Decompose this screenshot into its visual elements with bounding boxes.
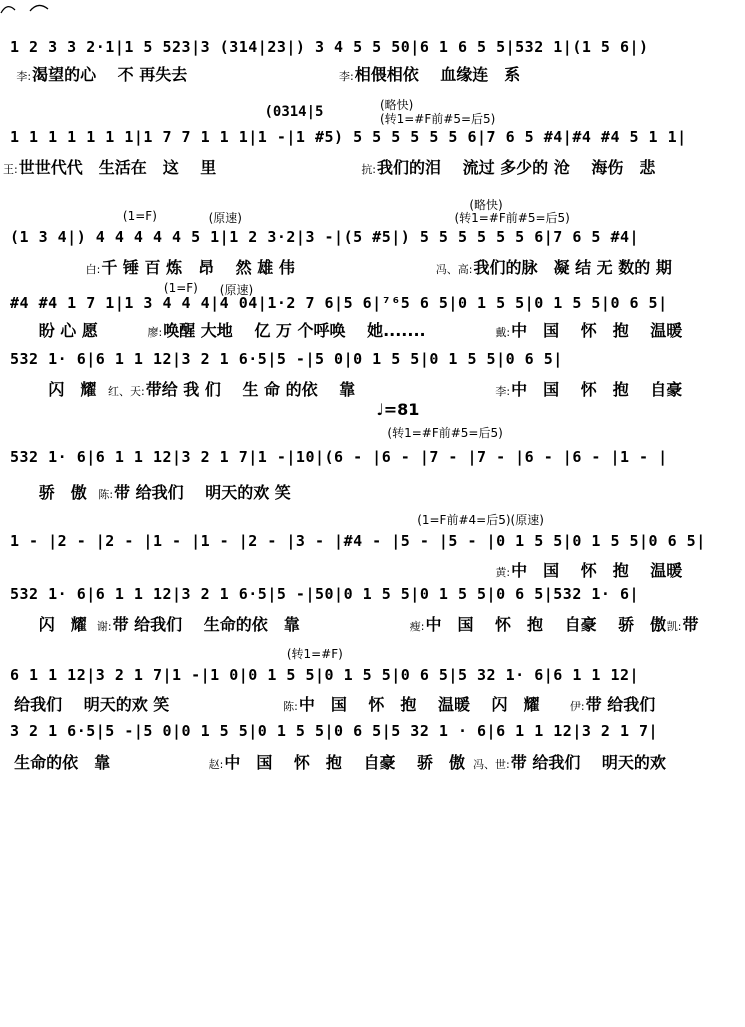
singer-label: 廖: — [148, 326, 163, 339]
lyric-text: 唤醒 大地 亿 万 个呼唤 她....... — [163, 321, 425, 340]
notes-line: 3 2 1 6·5|5 -|5 0|0 1 5 5|0 1 5 5|0 6 5|… — [10, 722, 658, 740]
notes-line: 532 1· 6|6 1 1 12|3 2 1 6·5|5 -|50|0 1 5… — [10, 585, 639, 603]
notes-line: 1 2 3 3 2·1|1 5 523|3 (314|23|) 3 4 5 5 … — [10, 38, 649, 56]
notes-line: #4 #4 1 7 1|1 3 4 4 4|4 04|1·2 7 6|5 6|⁷… — [10, 294, 668, 312]
singer-label: 白: — [86, 263, 101, 276]
lyrics-line: 李:渴望的心 不 再失去李:相偎相依 血缘连 系 — [0, 62, 745, 84]
lyric-segment: 闪 耀 — [39, 612, 87, 635]
singer-label: 李: — [16, 70, 31, 83]
lyric-text: 带 给我们 明天的欢 — [511, 753, 666, 772]
singer-label: 抗: — [361, 163, 376, 176]
key-change-annotation: (转1=#F前#5=后5) — [454, 209, 569, 226]
lyrics-line: 盼 心 愿廖:唤醒 大地 亿 万 个呼唤 她.......戴:中 国 怀 抱 温… — [0, 318, 745, 340]
lyric-segment: 陈:带 给我们 明天的欢 笑 — [98, 480, 290, 503]
lyric-segment: 伊:带 给我们 — [570, 692, 655, 715]
singer-label: 戴: — [495, 326, 510, 339]
lyric-text: 相偎相依 血缘连 系 — [355, 65, 521, 84]
lyric-segment: 赵:中 国 怀 抱 自豪 骄 傲 — [209, 750, 465, 773]
lyric-text: 带 给我们 明天的欢 笑 — [114, 483, 291, 502]
lyrics-line: 黄:中 国 怀 抱 温暖 — [0, 558, 745, 580]
lyric-segment: 冯、世:带 给我们 明天的欢 — [473, 750, 666, 773]
tempo-marking: ♩=81 — [376, 400, 419, 419]
lyric-text: 渴望的心 不 再失去 — [32, 65, 187, 84]
singer-label: 李: — [495, 385, 510, 398]
lyric-text: 闪 耀 — [39, 615, 87, 634]
key-change-annotation: (1=F) — [164, 281, 198, 295]
singer-label: 黄: — [495, 566, 510, 579]
singer-label: 李: — [339, 70, 354, 83]
lyric-segment: 生命的依 靠 — [14, 750, 110, 773]
key-change-annotation: (转1=#F前#5=后5) — [380, 110, 495, 127]
lyrics-line: 白:千 锤 百 炼 昂 然 雄 伟冯、高:我们的脉 凝 结 无 数的 期 — [0, 255, 745, 277]
lyric-text: 闪 耀 — [48, 380, 96, 399]
lyric-text: 中 国 怀 抱 温暖 — [511, 561, 682, 580]
lyric-segment: 廖:唤醒 大地 亿 万 个呼唤 她....... — [148, 318, 426, 341]
lyric-text: 给我们 明天的欢 笑 — [14, 695, 169, 714]
lyric-text: 中 国 怀 抱 温暖 — [511, 321, 682, 340]
singer-label: 凯: — [667, 620, 682, 633]
singer-label: 陈: — [98, 488, 113, 501]
pickup-notes: (0314|5 — [264, 104, 323, 120]
key-change-annotation: (转1=#F) — [287, 645, 343, 662]
lyrics-line: 骄 傲陈:带 给我们 明天的欢 笑 — [0, 480, 745, 502]
lyric-text: 中 国 怀 抱 自豪 骄 傲 — [425, 615, 666, 634]
singer-label: 赵: — [209, 758, 224, 771]
lyric-text: 我们的泪 流过 多少的 沧 海伤 悲 — [377, 158, 655, 177]
lyric-segment: 李:相偎相依 血缘连 系 — [339, 62, 520, 85]
slur-fragment-marks — [0, 0, 60, 16]
lyric-segment: 冯、高:我们的脉 凝 结 无 数的 期 — [436, 255, 672, 278]
lyric-text: 中 国 怀 抱 自豪 — [511, 380, 682, 399]
lyric-text: 骄 傲 — [39, 483, 87, 502]
lyric-text: 带 给我们 生命的依 靠 — [113, 615, 300, 634]
singer-label: 红、天: — [108, 385, 145, 398]
lyric-text: 带 给我们 — [586, 695, 656, 714]
singer-label: 冯、高: — [436, 263, 473, 276]
lyric-text: 中 国 怀 抱 温暖 闪 耀 — [299, 695, 540, 714]
lyric-segment: 戴:中 国 怀 抱 温暖 — [495, 318, 682, 341]
lyric-segment: 红、天:带给 我 们 生 命 的依 靠 — [108, 377, 355, 400]
lyric-segment: 骄 傲 — [39, 480, 87, 503]
lyric-segment: 王:世世代代 生活在 这 里 — [3, 155, 216, 178]
singer-label: 谢: — [97, 620, 112, 633]
lyrics-line: 闪 耀谢:带 给我们 生命的依 靠瘦:中 国 怀 抱 自豪 骄 傲凯:带 — [0, 612, 745, 634]
key-change-annotation: (转1=#F前#5=后5) — [387, 424, 502, 441]
notes-line: 532 1· 6|6 1 1 12|3 2 1 7|1 -|10|(6 - |6… — [10, 448, 668, 466]
lyric-segment: 抗:我们的泪 流过 多少的 沧 海伤 悲 — [361, 155, 655, 178]
lyric-segment: 陈:中 国 怀 抱 温暖 闪 耀 — [283, 692, 539, 715]
singer-label: 陈: — [283, 700, 298, 713]
key-change-annotation: (原速) — [209, 209, 242, 226]
lyric-text: 千 锤 百 炼 昂 然 雄 伟 — [101, 258, 294, 277]
lyric-text: 带给 我 们 生 命 的依 靠 — [146, 380, 355, 399]
lyric-segment: 凯:带 — [667, 612, 699, 635]
jianpu-sheet: 1 2 3 3 2·1|1 5 523|3 (314|23|) 3 4 5 5 … — [0, 0, 745, 1027]
lyric-text: 盼 心 愿 — [39, 321, 98, 340]
notes-line: (1 3 4|) 4 4 4 4 4 5 1|1 2 3·2|3 -|(5 #5… — [10, 228, 639, 246]
lyric-text: 生命的依 靠 — [14, 753, 110, 772]
lyric-text: 带 — [682, 615, 698, 634]
lyric-text: 我们的脉 凝 结 无 数的 期 — [474, 258, 672, 277]
singer-label: 伊: — [570, 700, 585, 713]
lyric-text: 世世代代 生活在 这 里 — [19, 158, 217, 177]
notes-line: 1 1 1 1 1 1 1|1 7 7 1 1 1|1 -|1 #5) 5 5 … — [10, 128, 687, 146]
lyrics-line: 王:世世代代 生活在 这 里抗:我们的泪 流过 多少的 沧 海伤 悲 — [0, 155, 745, 177]
lyric-segment: 闪 耀 — [48, 377, 96, 400]
lyrics-line: 给我们 明天的欢 笑陈:中 国 怀 抱 温暖 闪 耀伊:带 给我们 — [0, 692, 745, 714]
lyric-segment: 黄:中 国 怀 抱 温暖 — [495, 558, 682, 581]
notes-line: 1 - |2 - |2 - |1 - |1 - |2 - |3 - |#4 - … — [10, 532, 706, 550]
lyric-segment: 盼 心 愿 — [39, 318, 98, 341]
lyric-segment: 谢:带 给我们 生命的依 靠 — [97, 612, 300, 635]
lyrics-line: 生命的依 靠赵:中 国 怀 抱 自豪 骄 傲冯、世:带 给我们 明天的欢 — [0, 750, 745, 772]
key-change-annotation: (1=F前#4=后5)(原速) — [417, 511, 544, 528]
singer-label: 瘦: — [410, 620, 425, 633]
notes-line: 532 1· 6|6 1 1 12|3 2 1 6·5|5 -|5 0|0 1 … — [10, 350, 563, 368]
lyric-text: 中 国 怀 抱 自豪 骄 傲 — [224, 753, 465, 772]
lyric-segment: 李:渴望的心 不 再失去 — [16, 62, 187, 85]
notes-line: 6 1 1 12|3 2 1 7|1 -|1 0|0 1 5 5|0 1 5 5… — [10, 666, 639, 684]
singer-label: 王: — [3, 163, 18, 176]
lyric-segment: 白:千 锤 百 炼 昂 然 雄 伟 — [86, 255, 295, 278]
key-change-annotation: (1=F) — [123, 209, 157, 223]
lyric-segment: 给我们 明天的欢 笑 — [14, 692, 169, 715]
lyric-segment: 瘦:中 国 怀 抱 自豪 骄 傲 — [410, 612, 666, 635]
singer-label: 冯、世: — [473, 758, 510, 771]
lyrics-line: 闪 耀红、天:带给 我 们 生 命 的依 靠李:中 国 怀 抱 自豪 — [0, 377, 745, 399]
lyric-segment: 李:中 国 怀 抱 自豪 — [495, 377, 682, 400]
